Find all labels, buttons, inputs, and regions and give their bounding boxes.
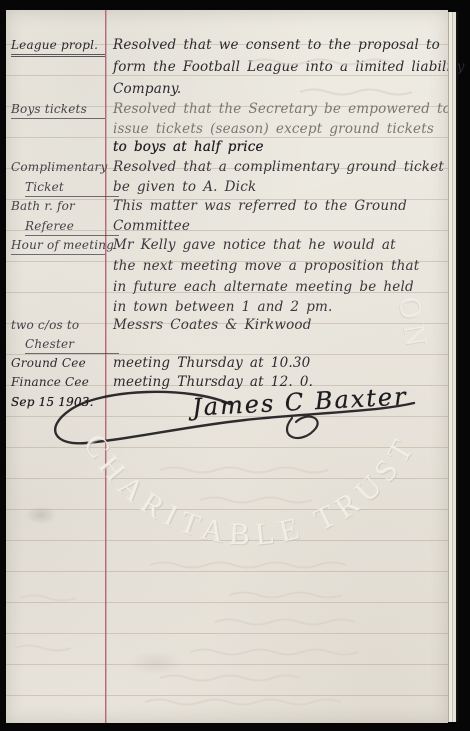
minute-text: Company. [113,80,448,99]
ledger-row: to boys at half price [6,138,448,160]
margin-note: Chester [25,335,119,354]
minute-text: meeting Thursday at 10.30 [113,354,448,373]
ledger-row: Complimentary Resolved that a compliment… [6,158,448,180]
page-stack-edge [448,12,458,722]
ledger-row: the next meeting move a proposition that [6,257,448,279]
ledger-row: Hour of meeting Mr Kelly gave notice tha… [6,236,448,258]
ledger-photo: { "document": { "kind": "handwritten min… [0,0,470,731]
ledger-row: League propl. Resolved that we consent t… [6,36,448,58]
ledger-row: Bath r. for This matter was referred to … [6,197,448,219]
margin-note: Complimentary [11,158,105,176]
minute-text: to boys at half price [113,138,448,157]
margin-note: two c/os to [11,316,105,334]
minute-text: be given to A. Dick [113,178,448,197]
margin-note: League propl. [11,36,105,57]
minute-text: form the Football League into a limited … [113,58,448,77]
minute-text: the next meeting move a proposition that [113,257,448,276]
minute-text: Committee [113,217,448,236]
ledger-row: form the Football League into a limited … [6,58,448,80]
margin-note: Ground Cee [11,354,105,372]
paper-smudge [126,650,186,676]
minute-text: issue tickets (season) except ground tic… [113,120,448,139]
ledger-page: League propl. Resolved that we consent t… [6,10,448,723]
ledger-row: in future each alternate meeting be held [6,278,448,300]
ledger-row: Company. [6,80,448,102]
minute-text: This matter was referred to the Ground [113,197,448,216]
minute-text: Mr Kelly gave notice that he would at [113,236,448,255]
margin-note: Hour of meeting [11,236,105,255]
minute-text: Resolved that we consent to the proposal… [113,36,448,55]
minute-text: Resolved that the Secretary be empowered… [113,100,448,119]
minute-text: in future each alternate meeting be held [113,278,448,297]
signature-block: James C Baxter [40,382,446,462]
ledger-row: Boys tickets Resolved that the Secretary… [6,100,448,122]
margin-note: Bath r. for [11,197,105,215]
minute-text: Messrs Coates & Kirkwood [113,316,448,335]
margin-note: Referee [25,217,119,236]
ink-smudge [24,505,58,525]
minute-text: in town between 1 and 2 pm. [113,298,448,317]
signature-name: James C Baxter [191,382,408,421]
margin-note: Ticket [25,178,119,197]
margin-note: Boys tickets [11,100,105,119]
minute-text: Resolved that a complimentary ground tic… [113,158,448,177]
